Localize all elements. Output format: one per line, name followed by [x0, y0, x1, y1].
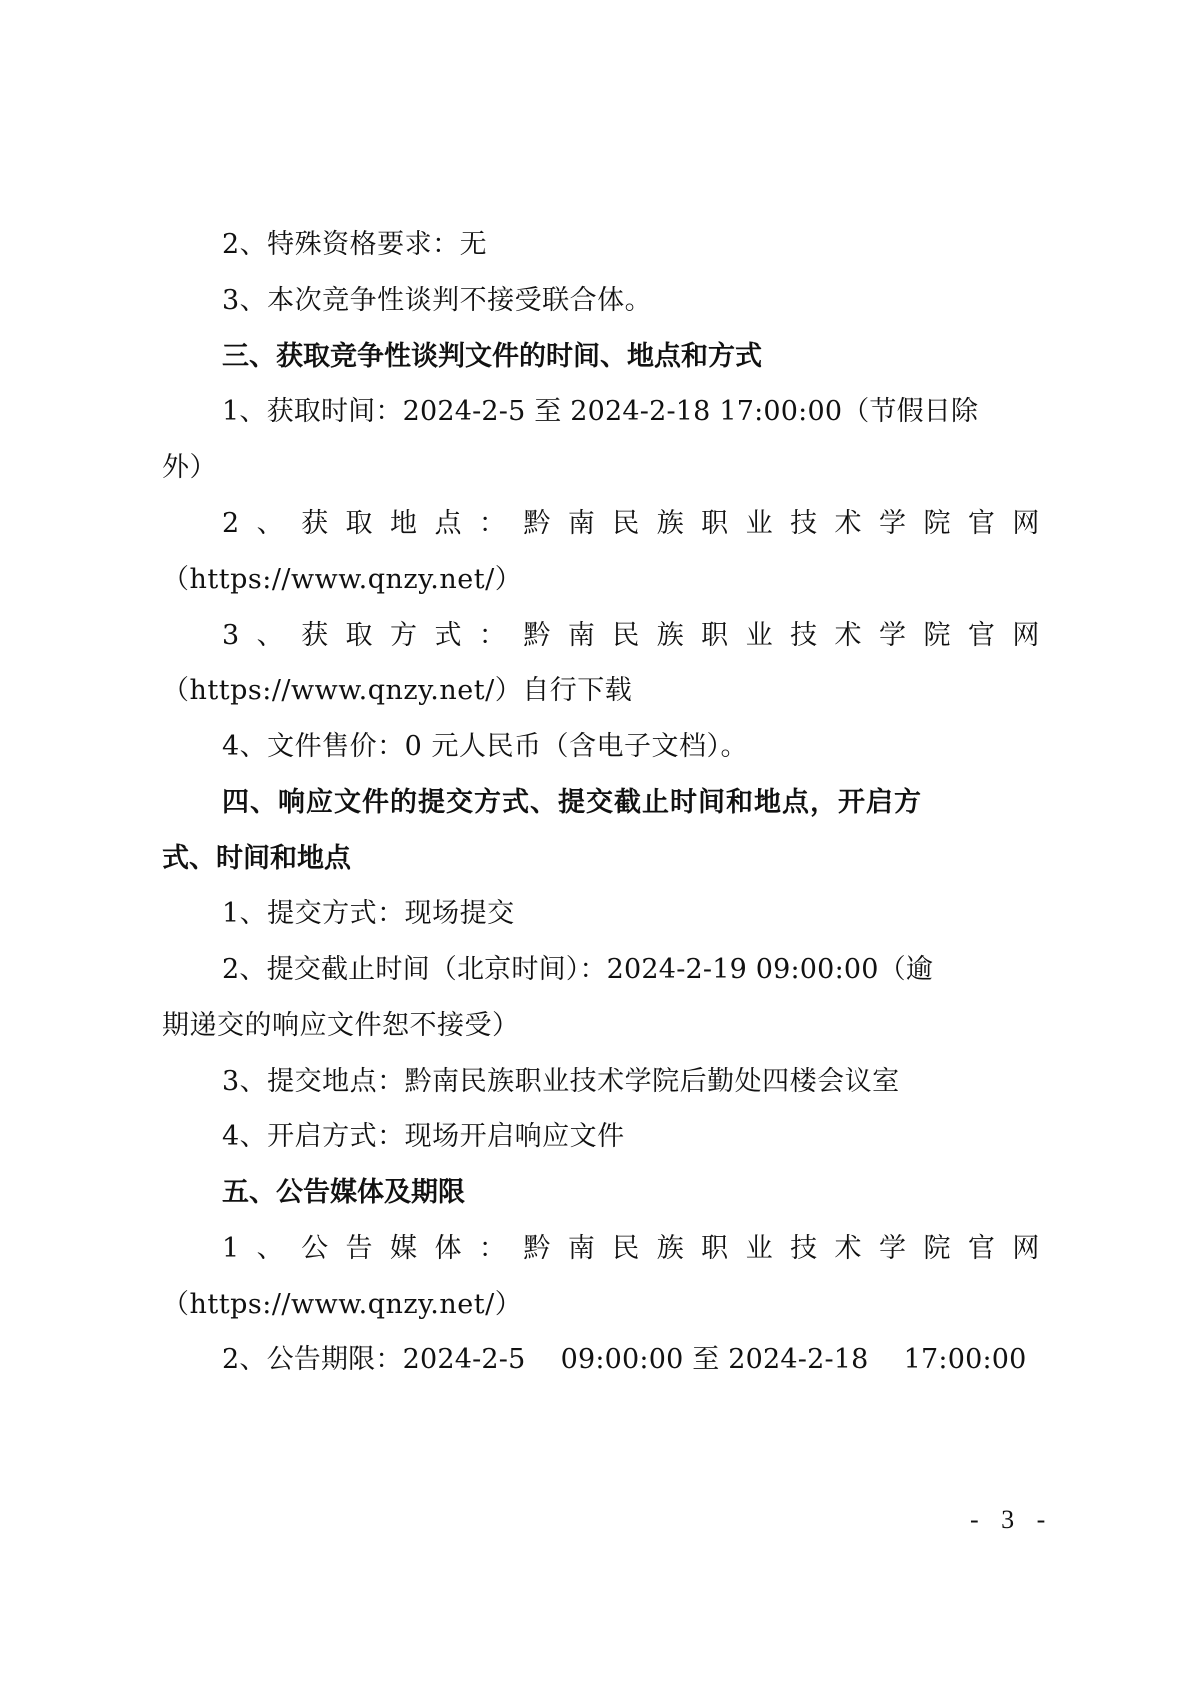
- section-heading-4: 四、响应文件的提交方式、提交截止时间和地点，开启方: [222, 783, 1040, 823]
- opening-method: 4、开启方式：现场开启响应文件: [222, 1117, 1040, 1157]
- document-price: 4、文件售价：0 元人民币（含电子文档）。: [222, 727, 1040, 767]
- qualification-requirement: 2、特殊资格要求：无: [222, 225, 1040, 265]
- acquisition-method-url[interactable]: （https://www.qnzy.net/）自行下载: [162, 671, 1040, 711]
- acquisition-location-url[interactable]: （https://www.qnzy.net/）: [162, 560, 1040, 600]
- section-heading-4-continued: 式、时间和地点: [162, 839, 1040, 879]
- section-heading-5: 五、公告媒体及期限: [222, 1173, 1040, 1213]
- submission-deadline-continued: 期递交的响应文件恕不接受）: [162, 1006, 1040, 1046]
- document-page: 2、特殊资格要求：无 3、本次竞争性谈判不接受联合体。 三、获取竞争性谈判文件的…: [0, 0, 1190, 1684]
- announcement-media-url[interactable]: （https://www.qnzy.net/）: [162, 1285, 1040, 1325]
- page-number: - 3 -: [970, 1500, 1053, 1540]
- submission-deadline: 2、提交截止时间（北京时间）：2024-2-19 09:00:00（逾: [222, 950, 1040, 990]
- submission-location: 3、提交地点：黔南民族职业技术学院后勤处四楼会议室: [222, 1062, 1040, 1102]
- no-consortium-statement: 3、本次竞争性谈判不接受联合体。: [222, 281, 1040, 321]
- acquisition-time: 1、获取时间：2024-2-5 至 2024-2-18 17:00:00（节假日…: [222, 392, 1040, 432]
- submission-method: 1、提交方式：现场提交: [222, 894, 1040, 934]
- section-heading-3: 三、获取竞争性谈判文件的时间、地点和方式: [222, 337, 1040, 377]
- announcement-period: 2、公告期限：2024-2-5 09:00:00 至 2024-2-18 17:…: [222, 1340, 1040, 1380]
- announcement-media: 1、公告媒体：黔南民族职业技术学院官网: [222, 1229, 1040, 1269]
- acquisition-location: 2、获取地点：黔南民族职业技术学院官网: [222, 504, 1040, 544]
- acquisition-method: 3、获取方式：黔南民族职业技术学院官网: [222, 616, 1040, 656]
- acquisition-time-continued: 外）: [162, 448, 1040, 488]
